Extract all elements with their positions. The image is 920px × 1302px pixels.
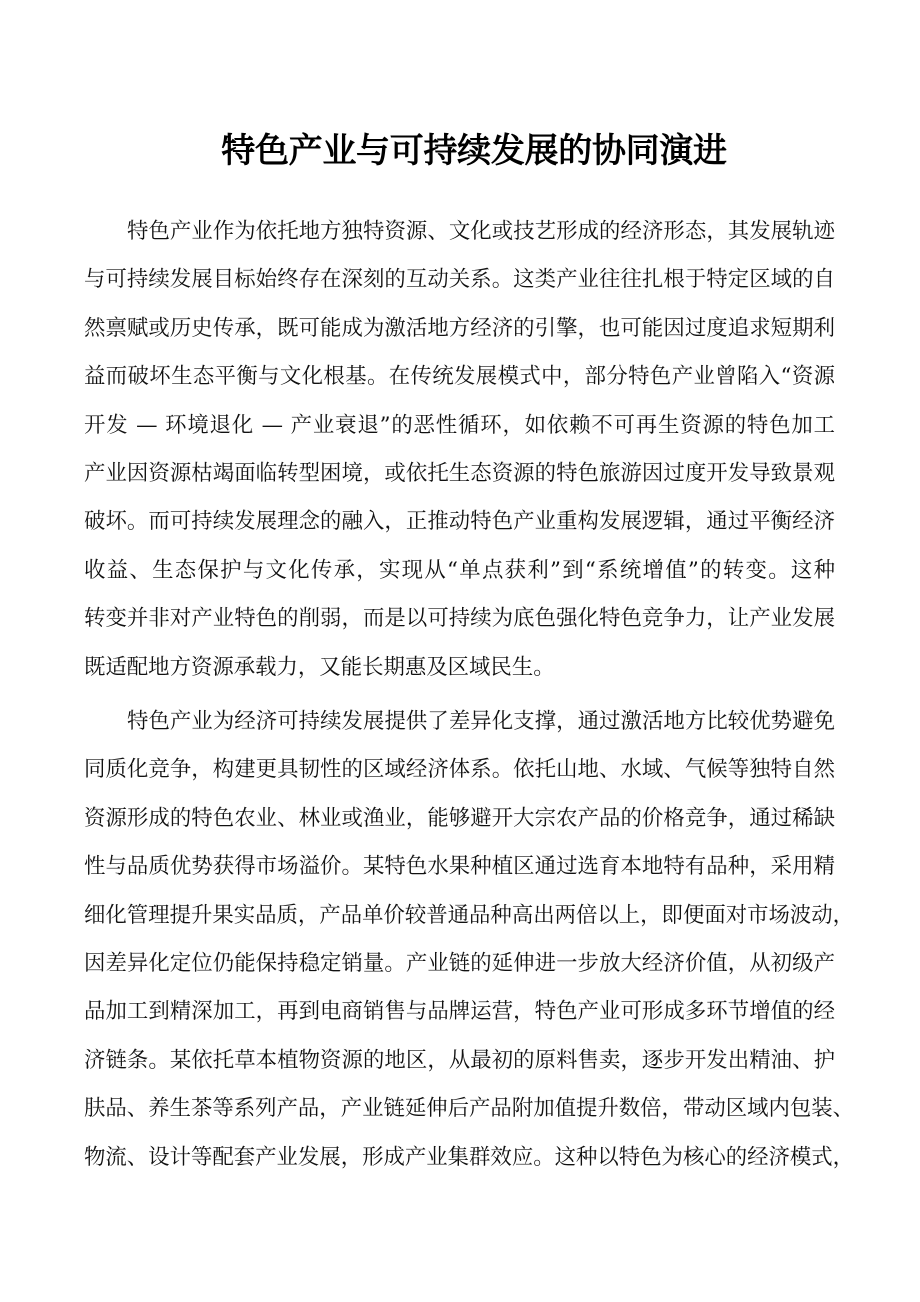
paragraph-1: 特色产业作为依托地方独特资源、文化或技艺形成的经济形态，其发展轨迹 与可持续发展… [84,208,835,692]
document-page: 特色产业与可持续发展的协同演进 特色产业作为依托地方独特资源、文化或技艺形成的经… [0,0,920,1302]
text-line: 破坏。而可持续发展理念的融入，正推动特色产业重构发展逻辑，通过平衡经济 [84,498,835,546]
text-line: 益而破坏生态平衡与文化根基。在传统发展模式中，部分特色产业曾陷入“资源 [84,353,835,401]
text-line: 性与品质优势获得市场溢价。某特色水果种植区通过选育本地特有品种，采用精 [84,843,835,891]
text-line: 肤品、养生茶等系列产品，产业链延伸后产品附加值提升数倍，带动区域内包装、 [84,1085,835,1133]
text-line: 开发 — 环境退化 — 产业衰退”的恶性循环，如依赖不可再生资源的特色加工 [84,402,835,450]
text-line: 然禀赋或历史传承，既可能成为激活地方经济的引擎，也可能因过度追求短期利 [84,305,835,353]
text-line: 与可持续发展目标始终存在深刻的互动关系。这类产业往往扎根于特定区域的自 [84,256,835,304]
text-line: 细化管理提升果实品质，产品单价较普通品种高出两倍以上，即便面对市场波动， [84,892,835,940]
text-line: 济链条。某依托草本植物资源的地区，从最初的原料售卖，逐步开发出精油、护 [84,1037,835,1085]
text-line: 特色产业为经济可持续发展提供了差异化支撑，通过激活地方比较优势避免 [84,698,835,746]
document-title: 特色产业与可持续发展的协同演进 [0,127,920,175]
text-line: 资源形成的特色农业、林业或渔业，能够避开大宗农产品的价格竞争，通过稀缺 [84,795,835,843]
text-line: 既适配地方资源承载力，又能长期惠及区域民生。 [84,644,835,692]
text-line: 品加工到精深加工，再到电商销售与品牌运营，特色产业可形成多环节增值的经 [84,988,835,1036]
text-line: 物流、设计等配套产业发展，形成产业集群效应。这种以特色为核心的经济模式， [84,1134,835,1182]
text-line: 产业因资源枯竭面临转型困境，或依托生态资源的特色旅游因过度开发导致景观 [84,450,835,498]
text-line: 转变并非对产业特色的削弱，而是以可持续为底色强化特色竞争力，让产业发展 [84,595,835,643]
text-line: 特色产业作为依托地方独特资源、文化或技艺形成的经济形态，其发展轨迹 [84,208,835,256]
text-line: 因差异化定位仍能保持稳定销量。产业链的延伸进一步放大经济价值，从初级产 [84,940,835,988]
text-line: 同质化竞争，构建更具韧性的区域经济体系。依托山地、水域、气候等独特自然 [84,746,835,794]
text-line: 收益、生态保护与文化传承，实现从“单点获利”到“系统增值”的转变。这种 [84,547,835,595]
paragraph-2: 特色产业为经济可持续发展提供了差异化支撑，通过激活地方比较优势避免 同质化竞争，… [84,698,835,1182]
